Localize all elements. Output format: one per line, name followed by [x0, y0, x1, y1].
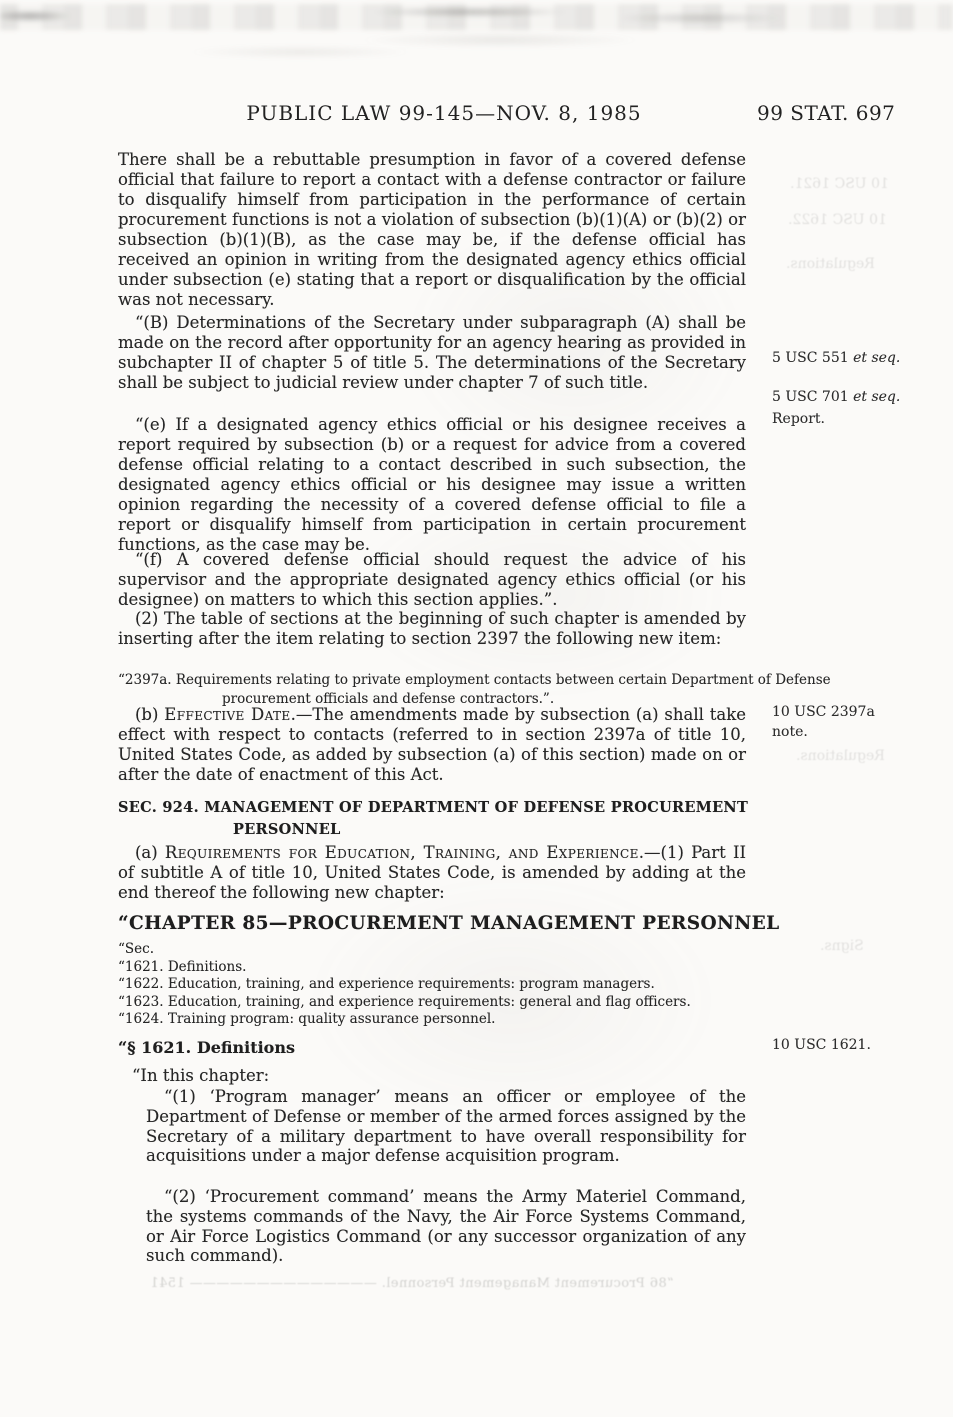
chapter-85-heading: “CHAPTER 85—PROCUREMENT MANAGEMENT PERSO…	[118, 913, 746, 934]
paragraph-requirements: (a) Requirements for Education, Training…	[118, 843, 746, 903]
paragraph-continuation: There shall be a rebuttable presumption …	[118, 150, 746, 310]
ghost-text: 10 USC 1621.	[790, 176, 889, 192]
margin-note-text: 5 USC 551	[772, 350, 853, 366]
margin-note-5usc551: 5 USC 551 et seq.	[772, 349, 917, 369]
ghost-text: Signs.	[820, 938, 864, 954]
toc-sec-label: “Sec.	[118, 941, 758, 959]
margin-note-10usc1621: 10 USC 1621.	[772, 1036, 917, 1056]
paragraph-effective-date: (b) Effective Date.—The amendments made …	[118, 705, 746, 785]
toc-item-1621: “1621. Definitions.	[118, 959, 758, 977]
paragraph-subpara-B: “(B) Determinations of the Secretary und…	[118, 313, 746, 393]
ghost-text: Regulations.	[796, 748, 885, 764]
effective-date-prefix: (b)	[135, 705, 164, 724]
scanned-statute-page: 10 USC 1621. 10 USC 1622. Regulations. R…	[0, 0, 953, 1417]
toc-item-1622: “1622. Education, training, and experien…	[118, 976, 758, 994]
toc-item-1623: “1623. Education, training, and experien…	[118, 994, 758, 1012]
ghost-text: Regulations.	[786, 256, 875, 272]
toc-item-1624: “1624. Training program: quality assuran…	[118, 1011, 758, 1029]
table-of-sections-item: “2397a. Requirements relating to private…	[118, 671, 862, 709]
requirements-prefix: (a)	[135, 843, 165, 862]
ghost-text-bottom: “86 Procurement Management Personnel. ——…	[150, 1276, 674, 1291]
margin-note-text: Report.	[772, 411, 825, 427]
margin-note-10usc2397a: 10 USC 2397a note.	[772, 703, 890, 742]
page-header-law-title: PUBLIC LAW 99-145—NOV. 8, 1985	[130, 101, 758, 125]
paragraph-subsection-e: “(e) If a designated agency ethics offic…	[118, 415, 746, 555]
section-1621-heading: “§ 1621. Definitions	[118, 1038, 746, 1057]
margin-note-italic: et seq.	[853, 389, 900, 405]
requirements-smallcaps: Requirements for Education, Training, an…	[165, 843, 639, 862]
ghost-text: 10 USC 1622.	[788, 212, 887, 228]
scan-artifact-top-smudge	[180, 26, 800, 66]
paragraph-table-amendment: (2) The table of sections at the beginni…	[118, 609, 746, 649]
definition-program-manager: “(1) ‘Program manager’ means an officer …	[146, 1087, 746, 1166]
paragraph-subsection-f: “(f) A covered defense official should r…	[118, 550, 746, 610]
in-this-chapter-line: “In this chapter:	[118, 1066, 746, 1086]
margin-note-5usc701: 5 USC 701 et seq.	[772, 388, 917, 408]
margin-note-text: 10 USC 1621.	[772, 1037, 871, 1053]
definition-procurement-command: “(2) ‘Procurement command’ means the Arm…	[146, 1187, 746, 1266]
margin-note-text: 10 USC 2397a note.	[772, 704, 875, 740]
margin-note-italic: et seq.	[853, 350, 900, 366]
margin-note-report: Report.	[772, 410, 917, 430]
margin-note-text: 5 USC 701	[772, 389, 853, 405]
page-header-stat-number: 99 STAT. 697	[757, 101, 895, 125]
effective-date-smallcaps: Effective Date	[164, 705, 290, 724]
chapter-table-of-sections: “Sec. “1621. Definitions. “1622. Educati…	[118, 941, 758, 1029]
section-924-heading: SEC. 924. MANAGEMENT OF DEPARTMENT OF DE…	[118, 797, 798, 841]
